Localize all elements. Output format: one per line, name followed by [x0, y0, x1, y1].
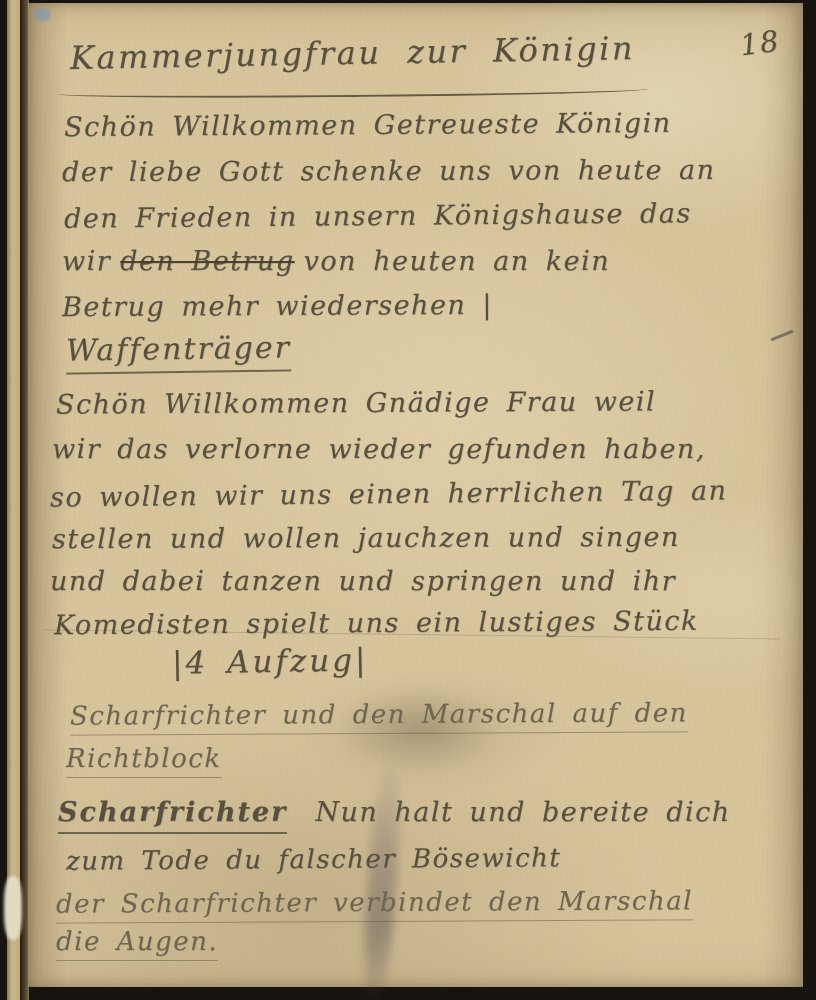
- manuscript-scan: Kammerjungfrau zur Königin 18 Schön Will…: [0, 0, 816, 1000]
- ink-spot: [34, 8, 50, 21]
- waffentraeger-speech-line: Komedisten spielt uns ein lustiges Stück: [54, 606, 699, 642]
- waffentraeger-speech-line: wir das verlorne wieder gefunden haben,: [52, 434, 706, 465]
- scharfrichter-speech-line: ScharfrichterNun halt und bereite dich: [58, 797, 731, 828]
- waffentraeger-speech-line: stellen und wollen jauchzen und singen: [52, 522, 680, 555]
- queen-speech-line: der liebe Gott schenke uns von heute an: [62, 155, 716, 188]
- act-marker: |4 Aufzug|: [172, 642, 369, 681]
- stage-direction-line: die Augen.: [56, 927, 218, 957]
- queen-speech-line: Betrug mehr wiedersehen |: [62, 290, 493, 323]
- stage-direction-line: Richtblock: [66, 744, 222, 774]
- waffentraeger-speech-line: und dabei tanzen und springen und ihr: [50, 566, 676, 597]
- heading-scharfrichter: Scharfrichter: [58, 797, 287, 834]
- stage-direction-line: der Scharfrichter verbindet den Marschal: [56, 886, 693, 919]
- stage-direction-text: der Scharfrichter verbindet den Marschal: [56, 886, 693, 923]
- waffentraeger-speech-line: Schön Willkommen Gnädige Frau weil: [56, 386, 656, 420]
- torn-paper-patch: [4, 876, 22, 940]
- speech-text: Nun halt und bereite dich: [315, 797, 730, 828]
- text-segment: von heuten an kein: [304, 246, 610, 277]
- struck-text: den Betrug: [120, 246, 294, 277]
- text-segment: wir: [62, 246, 111, 277]
- heading-waffentraeger: Waffenträger: [66, 330, 291, 368]
- stage-direction-text: die Augen.: [56, 927, 218, 961]
- queen-speech-line: den Frieden in unsern Königshause das: [64, 198, 692, 234]
- stage-direction-text: Richtblock: [66, 744, 222, 778]
- page-number: 18: [738, 24, 782, 63]
- book-binding-edge: [7, 0, 20, 1000]
- stage-direction-line: Scharfrichter und den Marschal auf den: [70, 698, 688, 731]
- heading-text: Waffenträger: [66, 330, 292, 374]
- scharfrichter-speech-line: zum Tode du falscher Bösewicht: [66, 843, 561, 876]
- queen-speech-line-corrected: wirden Betrugvon heuten an kein: [62, 246, 610, 277]
- stage-direction-text: Scharfrichter und den Marschal auf den: [70, 698, 688, 735]
- queen-speech-line: Schön Willkommen Getreueste Königin: [64, 108, 672, 143]
